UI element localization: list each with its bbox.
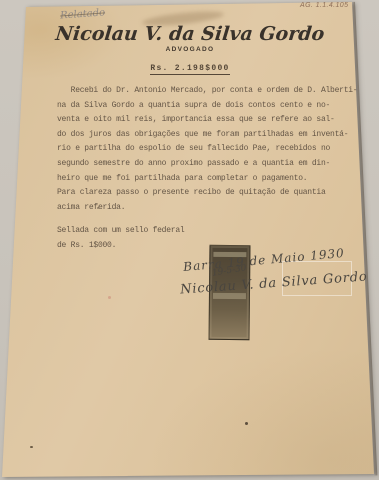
paper-speck xyxy=(30,446,33,448)
amount-heading: Rs. 2.198$000 xyxy=(150,64,229,75)
paper-speck xyxy=(97,207,99,209)
letterhead-title: ADVOGADO xyxy=(40,46,340,53)
paper-speck xyxy=(108,296,111,299)
receipt-body-text: Recebi do Dr. Antonio Mercado, por conta… xyxy=(57,84,357,215)
paper-speck xyxy=(245,422,248,425)
amount-heading-row: Rs. 2.198$000 xyxy=(40,57,340,75)
scanned-receipt-document: Relatado AG. 1.1.4.105 Nicolau V. da Sil… xyxy=(0,0,379,480)
letterhead-name: Nicolau V. da Silva Gordo xyxy=(39,23,341,45)
archive-reference-code: AG. 1.1.4.105 xyxy=(300,2,375,9)
seal-note-text: Sellada com um sello federal de Rs. 1$00… xyxy=(57,224,184,253)
